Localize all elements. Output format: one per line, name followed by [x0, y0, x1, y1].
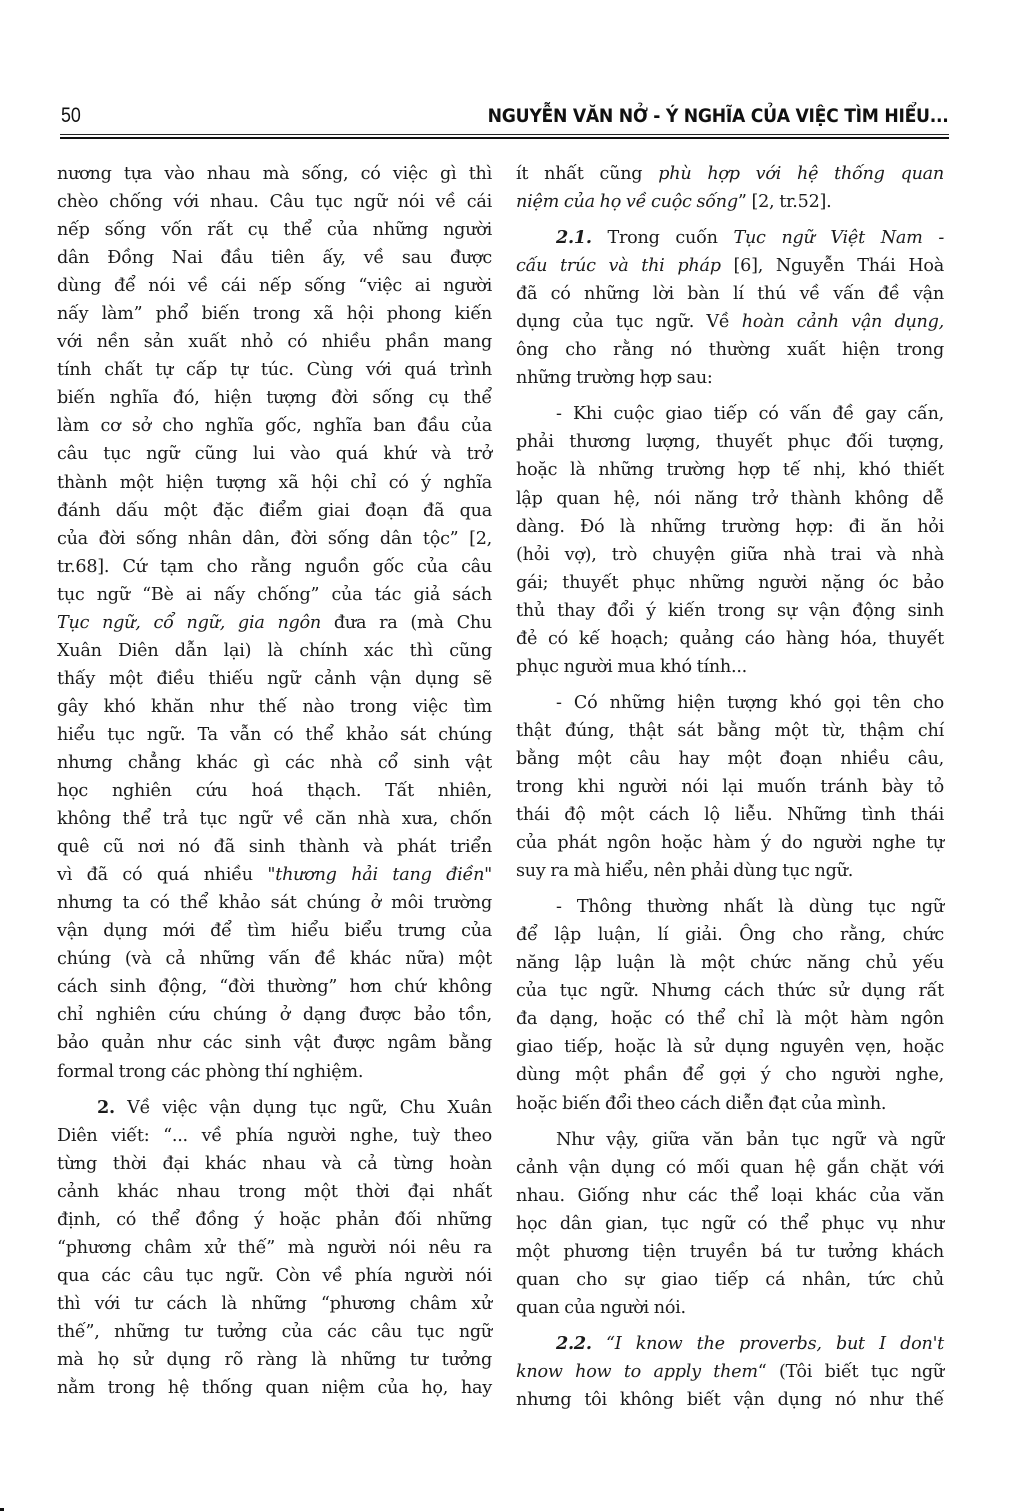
- text-line: dùng một phần để gợi ý cho người nghe,: [516, 1061, 944, 1089]
- text-line: Diên viết: “... về phía người nghe, tuỳ …: [57, 1122, 492, 1150]
- paragraph-continuation: nương tựa vào nhau mà sống, có việc gì t…: [57, 160, 492, 1086]
- text-line: chèo chống với nhau. Câu tục ngữ nói về …: [57, 188, 492, 216]
- english-quote: know how to apply them: [516, 1362, 758, 1382]
- text-line: trong khi người nói lại muốn tránh bày t…: [516, 773, 944, 801]
- page-number: 50: [61, 104, 81, 128]
- text-line: “phương châm xử thế” mà người nói nêu ra: [57, 1234, 492, 1262]
- page-header: 50 NGUYỄN VĂN NỞ - Ý NGHĨA CỦA VIỆC TÌM …: [61, 104, 949, 128]
- section-number: 2.2.: [556, 1333, 592, 1354]
- text-line: thành một hiện tượng xã hội chỉ có ý ngh…: [57, 469, 492, 497]
- text-line: know how to apply them“ (Tôi biết tục ng…: [516, 1358, 944, 1386]
- text-line: thái độ một cách lộ liễu. Những tình thá…: [516, 801, 944, 829]
- text-line: đã có những lời bàn lí thú về vấn đề vận: [516, 280, 944, 308]
- text-line: 2. Về việc vận dụng tục ngữ, Chu Xuân: [57, 1094, 492, 1122]
- text-line: từng thời đại khác nhau và cả từng hoàn: [57, 1150, 492, 1178]
- text-line: của đời sống nhân dân, đời sống dân tộc”…: [57, 525, 492, 553]
- text-line: nhưng chẳng khác gì các nhà cổ sinh vật: [57, 749, 492, 777]
- text-line: hoặc biến đổi theo cách diễn đạt của mìn…: [516, 1090, 944, 1118]
- text-line: bằng một câu hay một đoạn nhiều câu,: [516, 745, 944, 773]
- text-line: nhưng tôi không biết vận dụng nó như thế: [516, 1386, 944, 1414]
- bullet-1: - Khi cuộc giao tiếp có vấn đề gay cấn, …: [516, 400, 944, 680]
- text-line: của tục ngữ. Nhưng cách thức sử dụng rất: [516, 977, 944, 1005]
- text-line: đa dạng, hoặc có thể chỉ là một hàm ngôn: [516, 1005, 944, 1033]
- text-line: ít nhất cũng phù hợp với hệ thống quan: [516, 160, 944, 188]
- text-line: gây khó khăn như thế nào trong việc tìm: [57, 693, 492, 721]
- text-line: học dân gian, tục ngữ có thể phục vụ như: [516, 1210, 944, 1238]
- idiom-italic: thương hải tang điền: [275, 865, 484, 885]
- bullet-3: - Thông thường nhất là dùng tục ngữ để l…: [516, 893, 944, 1117]
- section-2-paragraph: 2. Về việc vận dụng tục ngữ, Chu Xuân Di…: [57, 1094, 492, 1403]
- running-title: NGUYỄN VĂN NỞ - Ý NGHĨA CỦA VIỆC TÌM HIỂ…: [488, 105, 949, 129]
- summary-paragraph: Như vậy, giữa văn bản tục ngữ và ngữ cản…: [516, 1126, 944, 1322]
- text-line: thì với tư cách là những “phương châm xử: [57, 1290, 492, 1318]
- text-line: Tục ngữ, cổ ngữ, gia ngôn đưa ra (mà Chu: [57, 609, 492, 637]
- text-line: nấy làm” phổ biến trong xã hội phong kiế…: [57, 300, 492, 328]
- text-line: cấu trúc và thi pháp [6], Nguyễn Thái Ho…: [516, 252, 944, 280]
- text-line: dân Đồng Nai đầu tiên ấy, về sau được: [57, 244, 492, 272]
- text-line: dùng để nói về cái nếp sống “việc ai ngư…: [57, 272, 492, 300]
- text-line: thấy một điều thiếu ngữ cảnh vận dụng sẽ: [57, 665, 492, 693]
- text-line: hoặc là những trường hợp tế nhị, khó thi…: [516, 456, 944, 484]
- text-line: bảo quản như các sinh vật được ngâm bằng: [57, 1029, 492, 1057]
- text-line: thủ thay đổi ý kiến trong sự vận động si…: [516, 597, 944, 625]
- text-line: làm cơ sở cho nghĩa gốc, nghĩa ban đầu c…: [57, 412, 492, 440]
- text-line: quan cho sự giao tiếp cá nhân, tức chủ: [516, 1266, 944, 1294]
- text-line: học nghiên cứu hoá thạch. Tất nhiên,: [57, 777, 492, 805]
- bullet-2: - Có những hiện tượng khó gọi tên cho th…: [516, 689, 944, 885]
- text-line: mà họ sử dụng rõ ràng là những tư tưởng: [57, 1346, 492, 1374]
- text-line: hiểu tục ngữ. Ta vẫn có thể khảo sát chú…: [57, 721, 492, 749]
- text-line: 2.2. “I know the proverbs, but I don't: [516, 1330, 944, 1358]
- text-line: tục ngữ “Bè ai nấy chống” của tác giả sá…: [57, 581, 492, 609]
- text-line: quan của người nói.: [516, 1294, 944, 1322]
- text-line: nương tựa vào nhau mà sống, có việc gì t…: [57, 160, 492, 188]
- text-line: đẻ có kế hoạch; quảng cáo hàng hóa, thuy…: [516, 625, 944, 653]
- text-line: chúng (và cả những vấn đề khác nữa) một: [57, 945, 492, 973]
- header-rule-thick: [60, 137, 949, 139]
- english-quote: “I know the proverbs, but I don't: [592, 1334, 944, 1354]
- section-number: 2.: [97, 1097, 115, 1118]
- text-line: (hỏi vợ), trò chuyện giữa nhà trai và nh…: [516, 541, 944, 569]
- text-line: thật đúng, thật sát bằng một từ, thậm ch…: [516, 717, 944, 745]
- text-line: định, có thể đồng ý hoặc phản đối những: [57, 1206, 492, 1234]
- text-line: một phương tiện truyền bá tư tưởng khách: [516, 1238, 944, 1266]
- text-line: tính chất tự cấp tự túc. Cùng với quá tr…: [57, 356, 492, 384]
- text-line: cách sinh động, “đời thường” hơn chứ khô…: [57, 973, 492, 1001]
- text-line: những trường hợp sau:: [516, 364, 944, 392]
- section-2-1: 2.1. Trong cuốn Tục ngữ Việt Nam - cấu t…: [516, 224, 944, 392]
- section-2-2: 2.2. “I know the proverbs, but I don't k…: [516, 1330, 944, 1414]
- text-line: Như vậy, giữa văn bản tục ngữ và ngữ: [516, 1126, 944, 1154]
- text-line: dàng. Đó là những trường hợp: đi ăn hỏi: [516, 513, 944, 541]
- text-line: - Khi cuộc giao tiếp có vấn đề gay cấn,: [516, 400, 944, 428]
- text-line: câu tục ngữ cũng lui vào quá khứ và trở: [57, 440, 492, 468]
- text-line: phải thương lượng, thuyết phục đối tượng…: [516, 428, 944, 456]
- text-line: nếp sống vốn rất cụ thể của những người: [57, 216, 492, 244]
- text-line: niệm của họ về cuộc sống” [2, tr.52].: [516, 188, 944, 216]
- text-line: của phát ngôn hoặc hàm ý do người nghe t…: [516, 829, 944, 857]
- text-line: nhưng ta có thể khảo sát chúng ở môi trư…: [57, 889, 492, 917]
- book-title: Tục ngữ Việt Nam -: [733, 228, 944, 248]
- text-line: nằm trong hệ thống quan niệm của họ, hay: [57, 1374, 492, 1402]
- text-line: với nền sản xuất nhỏ có nhiều phần mang: [57, 328, 492, 356]
- book-title: cấu trúc và thi pháp: [516, 256, 721, 276]
- text-line: chỉ nghiên cứu chúng ở dạng được bảo tồn…: [57, 1001, 492, 1029]
- text-line: biến nghĩa đó, hiện tượng đời sống cụ th…: [57, 384, 492, 412]
- text-line: qua các câu tục ngữ. Còn về phía người n…: [57, 1262, 492, 1290]
- text-line: lập quan hệ, nói năng trở thành không dễ: [516, 485, 944, 513]
- text-line: quê cũ nơi nó đã sinh thành và phát triể…: [57, 833, 492, 861]
- text-line: gái; thuyết phục những người nặng óc bảo: [516, 569, 944, 597]
- text-line: đánh dấu một đặc điểm giai đoạn đã qua: [57, 497, 492, 525]
- section-number: 2.1.: [556, 227, 592, 248]
- text-line: để lập luận, lí giải. Ông cho rằng, chức: [516, 921, 944, 949]
- text-line: năng lập luận là một chức năng chủ yếu: [516, 949, 944, 977]
- text-line: - Thông thường nhất là dùng tục ngữ: [516, 893, 944, 921]
- text-line: cảnh khác nhau trong một thời đại nhất: [57, 1178, 492, 1206]
- text-line: thế”, những tư tưởng của các câu tục ngữ: [57, 1318, 492, 1346]
- text-line: - Có những hiện tượng khó gọi tên cho: [516, 689, 944, 717]
- text-line: nhau. Giống như các thể loại khác của vă…: [516, 1182, 944, 1210]
- text-line: suy ra mà hiểu, nên phải dùng tục ngữ.: [516, 857, 944, 885]
- left-column: nương tựa vào nhau mà sống, có việc gì t…: [57, 160, 492, 1402]
- text-line: formal trong các phòng thí nghiệm.: [57, 1058, 492, 1086]
- header-rule-thin: [60, 134, 949, 135]
- book-title: Tục ngữ, cổ ngữ, gia ngôn: [57, 613, 321, 633]
- text-line: dụng của tục ngữ. Về hoàn cảnh vận dụng,: [516, 308, 944, 336]
- text-line: Xuân Diên dẫn lại) là chính xác thì cũng: [57, 637, 492, 665]
- citation: ” [2, tr.52].: [738, 192, 832, 212]
- text-line: ông cho rằng nó thường xuất hiện trong: [516, 336, 944, 364]
- text-line: vận dụng mới để tìm hiểu biểu trưng của: [57, 917, 492, 945]
- text-line: phục người mua khó tính...: [516, 653, 944, 681]
- text-line: cảnh vận dụng có mối quan hệ gắn chặt vớ…: [516, 1154, 944, 1182]
- text-line: vì đã có quá nhiều "thương hải tang điền…: [57, 861, 492, 889]
- text-line: giao tiếp, hoặc là sử dụng nguyên vẹn, h…: [516, 1033, 944, 1061]
- quote-conclusion: ít nhất cũng phù hợp với hệ thống quan n…: [516, 160, 944, 216]
- right-column: ít nhất cũng phù hợp với hệ thống quan n…: [516, 160, 944, 1414]
- text-line: 2.1. Trong cuốn Tục ngữ Việt Nam -: [516, 224, 944, 252]
- text-line: không thể trả tục ngữ về căn nhà xưa, ch…: [57, 805, 492, 833]
- text-line: tr.68]. Cứ tạm cho rằng nguồn gốc của câ…: [57, 553, 492, 581]
